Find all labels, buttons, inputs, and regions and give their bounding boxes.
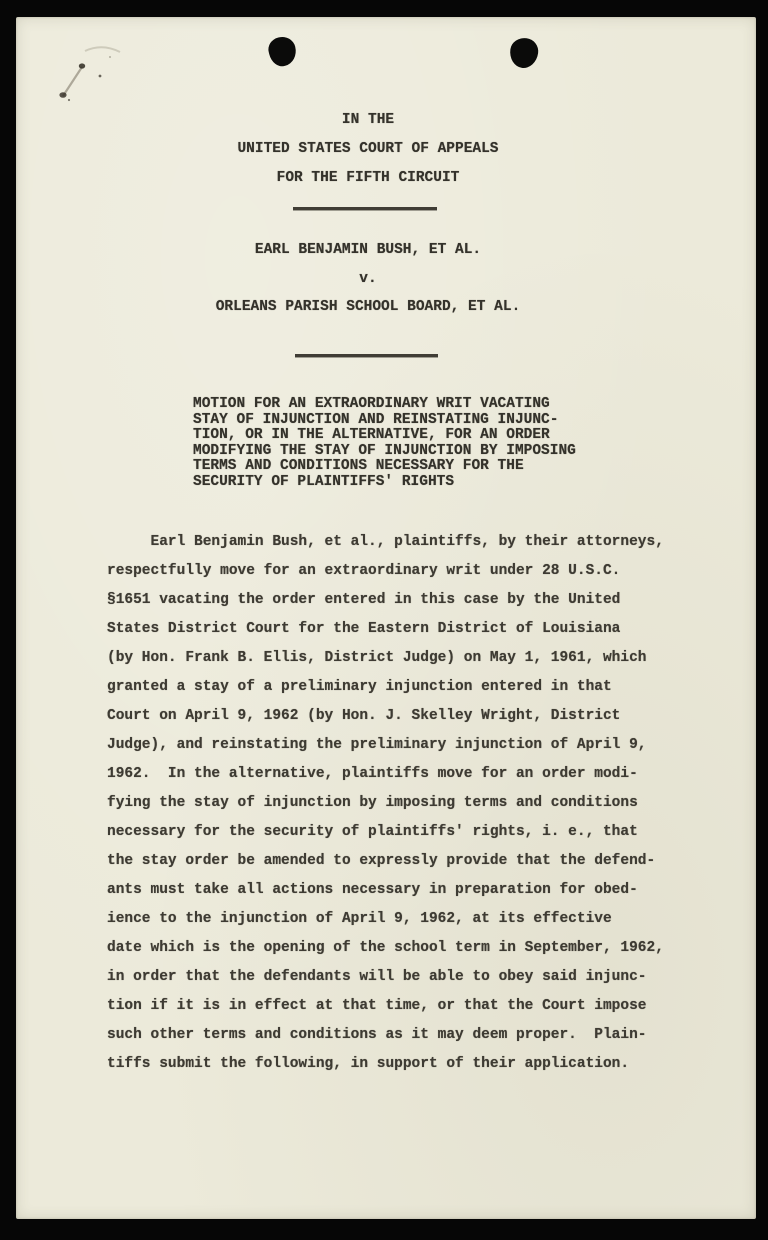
text-line: fying the stay of injunction by imposing… bbox=[107, 789, 664, 818]
text-line: date which is the opening of the school … bbox=[107, 934, 664, 963]
text-line: Court on April 9, 1962 (by Hon. J. Skell… bbox=[107, 702, 664, 731]
court-heading: IN THE UNITED STATES COURT OF APPEALS FO… bbox=[0, 106, 736, 193]
divider-rule-top bbox=[293, 207, 437, 210]
text-line: in order that the defendants will be abl… bbox=[107, 963, 664, 992]
text-line: Earl Benjamin Bush, et al., plaintiffs, … bbox=[107, 528, 664, 557]
text-line: (by Hon. Frank B. Ellis, District Judge)… bbox=[107, 644, 664, 673]
text-line: necessary for the security of plaintiffs… bbox=[107, 818, 664, 847]
court-heading-line: UNITED STATES COURT OF APPEALS bbox=[0, 135, 736, 164]
text-line: ants must take all actions necessary in … bbox=[107, 876, 664, 905]
text-line: granted a stay of a preliminary injuncti… bbox=[107, 673, 664, 702]
court-heading-line: FOR THE FIFTH CIRCUIT bbox=[0, 164, 736, 193]
text-line: MOTION FOR AN EXTRAORDINARY WRIT VACATIN… bbox=[193, 397, 576, 413]
versus-label: v. bbox=[0, 265, 736, 294]
divider-rule-bottom bbox=[295, 354, 438, 357]
text-line: §1651 vacating the order entered in this… bbox=[107, 586, 664, 615]
defendant-name: ORLEANS PARISH SCHOOL BOARD, ET AL. bbox=[0, 293, 736, 322]
text-line: States District Court for the Eastern Di… bbox=[107, 615, 664, 644]
text-line: 1962. In the alternative, plaintiffs mov… bbox=[107, 760, 664, 789]
motion-title: MOTION FOR AN EXTRAORDINARY WRIT VACATIN… bbox=[193, 397, 576, 490]
text-line: TERMS AND CONDITIONS NECESSARY FOR THE bbox=[193, 459, 576, 475]
text-line: MODIFYING THE STAY OF INJUNCTION BY IMPO… bbox=[193, 444, 576, 460]
text-line: respectfully move for an extraordinary w… bbox=[107, 557, 664, 586]
text-line: tiffs submit the following, in support o… bbox=[107, 1050, 664, 1079]
text-line: ience to the injunction of April 9, 1962… bbox=[107, 905, 664, 934]
plaintiff-name: EARL BENJAMIN BUSH, ET AL. bbox=[0, 236, 736, 265]
motion-body-paragraph: Earl Benjamin Bush, et al., plaintiffs, … bbox=[107, 528, 664, 1079]
text-line: STAY OF INJUNCTION AND REINSTATING INJUN… bbox=[193, 413, 576, 429]
text-line: tion if it is in effect at that time, or… bbox=[107, 992, 664, 1021]
court-heading-line: IN THE bbox=[0, 106, 736, 135]
text-line: Judge), and reinstating the preliminary … bbox=[107, 731, 664, 760]
scanned-page-stage: IN THE UNITED STATES COURT OF APPEALS FO… bbox=[0, 0, 768, 1240]
text-line: the stay order be amended to expressly p… bbox=[107, 847, 664, 876]
text-line: such other terms and conditions as it ma… bbox=[107, 1021, 664, 1050]
case-caption: EARL BENJAMIN BUSH, ET AL. v. ORLEANS PA… bbox=[0, 236, 736, 322]
text-line: SECURITY OF PLAINTIFFS' RIGHTS bbox=[193, 475, 576, 491]
text-line: TION, OR IN THE ALTERNATIVE, FOR AN ORDE… bbox=[193, 428, 576, 444]
